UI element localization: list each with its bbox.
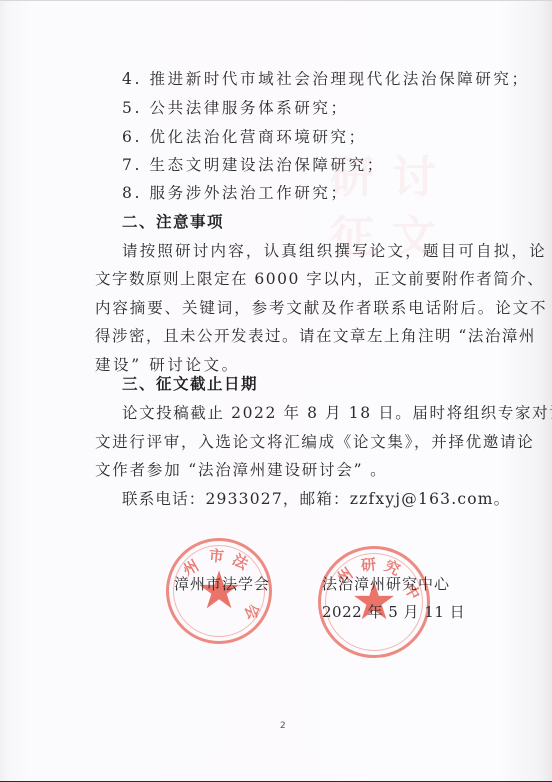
signature-org-1: 漳州市法学会 — [174, 573, 270, 594]
contact-line: 联系电话：2933027，邮箱：zzfxyj@163.com。 — [122, 489, 510, 509]
paragraph-line: 文字数原则上限定在 6000 字以内，正文前要附作者简介、 — [95, 269, 544, 289]
paragraph-line: 论文投稿截止 2022 年 8 月 18 日。届时将组织专家对论 — [122, 403, 552, 423]
signature-org-2: 法治漳州研究中心 — [322, 573, 450, 594]
topic-item: 6. 优化法治化营商环境研究； — [122, 127, 367, 147]
paragraph-line: 文作者参加 “法治漳州建设研讨会” 。 — [95, 460, 387, 480]
seal-arc-text: 会 — [240, 601, 265, 622]
paragraph-line: 请按照研讨内容，认真组织撰写论文，题目可自拟，论 — [122, 241, 547, 261]
document-page: 研讨 征文 4. 推进新时代市域社会治理现代化法治保障研究； 5. 公共法律服务… — [0, 0, 552, 781]
topic-item: 4. 推进新时代市域社会治理现代化法治保障研究； — [122, 69, 530, 89]
topic-item: 5. 公共法律服务体系研究； — [122, 98, 349, 118]
paragraph-line: 建设” 研讨论文。 — [95, 355, 240, 375]
signature-date: 2022 年 5 月 11 日 — [322, 601, 465, 622]
seal-arc-text: 法 — [229, 549, 253, 575]
section-heading: 二、注意事项 — [122, 212, 224, 232]
paragraph-line: 文进行评审，入选论文将汇编成《论文集》，并择优邀请论 — [95, 432, 534, 452]
seal-arc-text: 市 — [208, 544, 225, 566]
paragraph-line: 内容摘要、关键词，参考文献及作者联系电话附后。论文不 — [95, 298, 547, 318]
paragraph-line: 得涉密，且未公开发表过。请在文章左上角注明 “法治漳州 — [95, 326, 536, 346]
topic-item: 7. 生态文明建设法治保障研究； — [122, 155, 385, 175]
topic-item: 8. 服务涉外法治工作研究； — [122, 183, 349, 203]
page-number: 2 — [280, 721, 286, 731]
section-heading: 三、征文截止日期 — [122, 374, 258, 394]
